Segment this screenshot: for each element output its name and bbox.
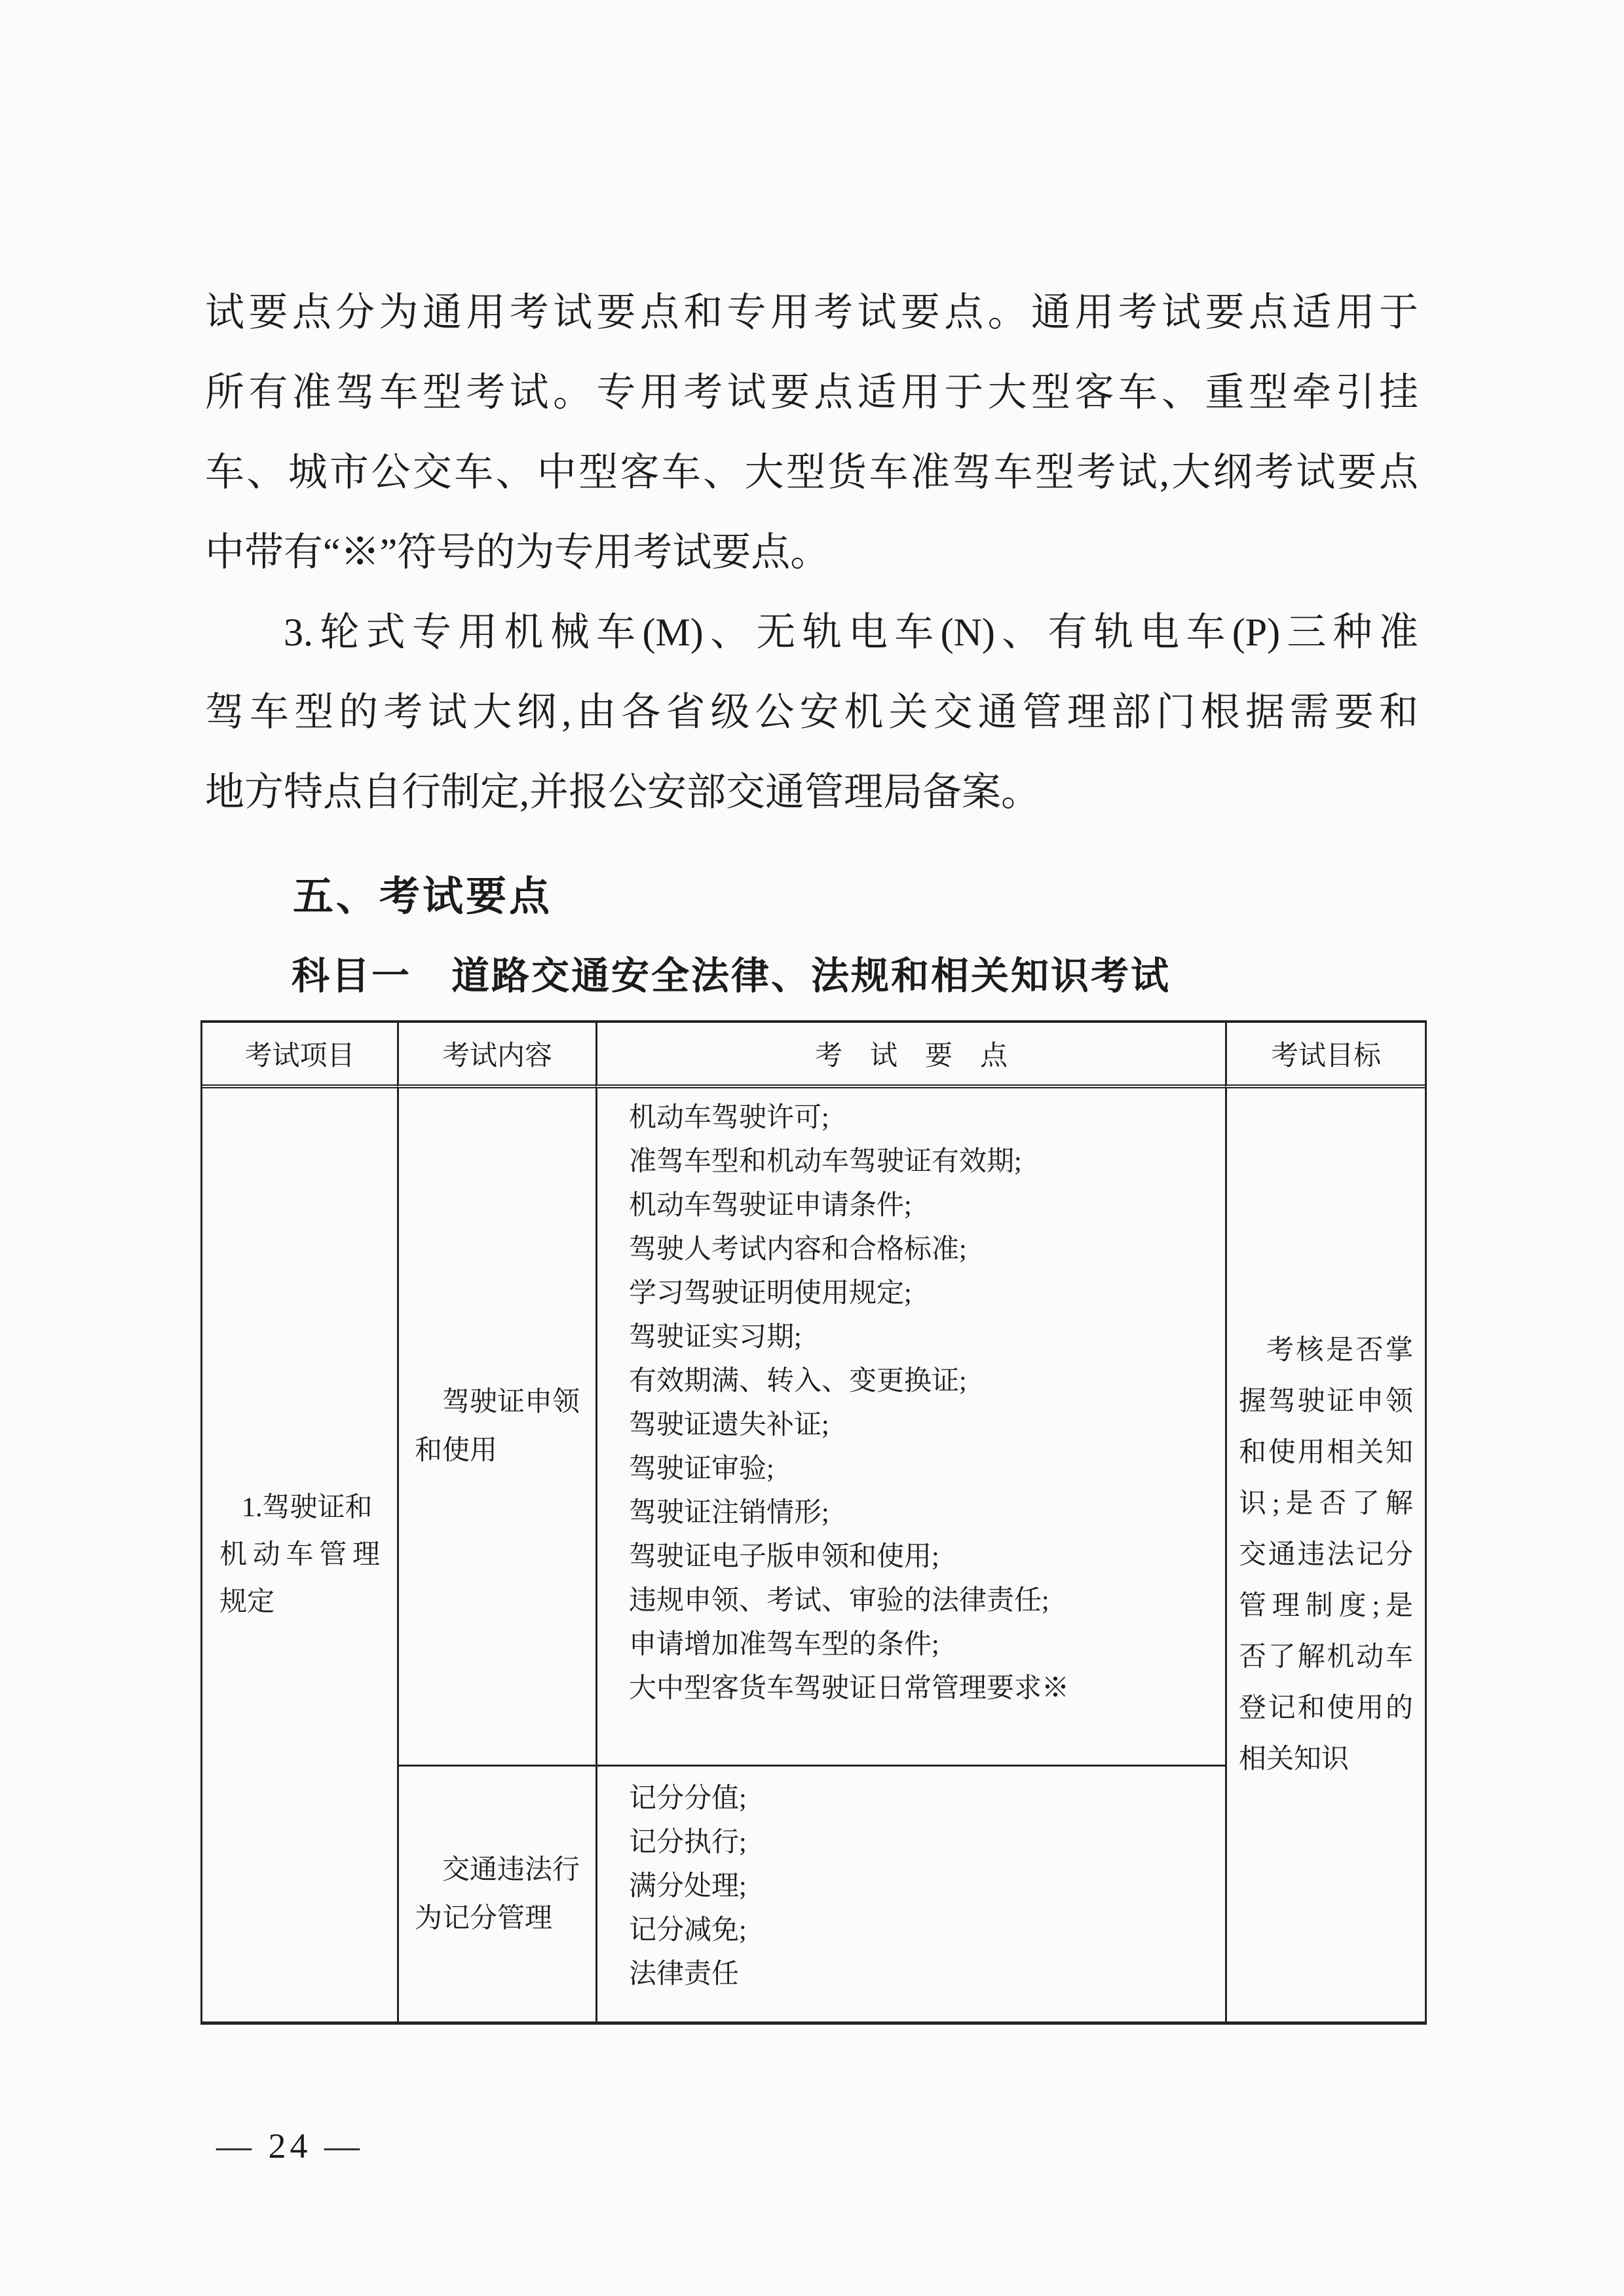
exam-objective-line: 相关知识: [1239, 1734, 1413, 1785]
exam-objective-cell: 考核是否掌 握驾驶证申领 和使用相关知 识;是否了解 交通违法记分 管理制度;是…: [1225, 1088, 1425, 2021]
exam-item-line: 机动车管理: [219, 1531, 380, 1578]
exam-point-item: 驾驶证遗失补证;: [629, 1404, 1225, 1447]
exam-point-item: 违规申领、考试、审验的法律责任;: [629, 1579, 1225, 1623]
exam-point-item: 学习驾驶证明使用规定;: [629, 1272, 1225, 1316]
exam-objective-line: 和使用相关知: [1239, 1427, 1413, 1478]
exam-point-item: 记分减免;: [629, 1909, 1225, 1953]
paragraph-line: 驾车型的考试大纲,由各省级公安机关交通管理部门根据需要和: [205, 672, 1418, 752]
exam-objective-line: 登记和使用的: [1239, 1683, 1413, 1734]
exam-objective-line: 管理制度;是: [1239, 1580, 1413, 1632]
exam-point-item: 记分分值;: [629, 1777, 1225, 1821]
column-header-exam-points: 考 试 要 点: [595, 1023, 1225, 1088]
exam-objective-line: 否了解机动车: [1239, 1632, 1413, 1683]
exam-objective-line: 识;是否了解: [1239, 1478, 1413, 1529]
exam-point-item: 机动车驾驶许可;: [629, 1096, 1225, 1140]
exam-objective-line: 交通违法记分: [1239, 1529, 1413, 1580]
exam-point-item: 有效期满、转入、变更换证;: [629, 1360, 1225, 1404]
exam-point-item: 驾驶人考试内容和合格标准;: [629, 1228, 1225, 1272]
paragraph-line: 地方特点自行制定,并报公安部交通管理局备案。: [205, 752, 1418, 832]
exam-objective-line: 考核是否掌: [1239, 1325, 1413, 1376]
column-header-exam-content: 考试内容: [397, 1023, 595, 1088]
body-paragraphs: 试要点分为通用考试要点和专用考试要点。通用考试要点适用于 所有准驾车型考试。专用…: [205, 273, 1418, 832]
exam-point-item: 大中型客货车驾驶证日常管理要求※: [629, 1667, 1225, 1711]
section-heading: 五、考试要点: [293, 864, 552, 922]
exam-point-item: 驾驶证注销情形;: [629, 1491, 1225, 1535]
paragraph-line: 中带有“※”符号的为专用考试要点。: [205, 512, 1418, 592]
exam-point-item: 记分执行;: [629, 1821, 1225, 1865]
exam-content-cell-license: 驾驶证申领 和使用: [397, 1088, 595, 1767]
paragraph-line: 所有准驾车型考试。专用考试要点适用于大型客车、重型牵引挂: [205, 353, 1418, 432]
exam-point-item: 驾驶证实习期;: [629, 1316, 1225, 1360]
exam-point-item: 机动车驾驶证申请条件;: [629, 1184, 1225, 1228]
exam-point-item: 准驾车型和机动车驾驶证有效期;: [629, 1140, 1225, 1184]
exam-objective-line: 握驾驶证申领: [1239, 1376, 1413, 1427]
exam-content-line: 为记分管理: [415, 1894, 580, 1943]
exam-content-cell-points-management: 交通违法行 为记分管理: [397, 1767, 595, 2021]
paragraph-line: 试要点分为通用考试要点和专用考试要点。通用考试要点适用于: [205, 273, 1418, 353]
exam-item-line: 规定: [219, 1578, 380, 1626]
column-header-exam-objective: 考试目标: [1225, 1023, 1425, 1088]
subject-one-heading: 科目一 道路交通安全法律、法规和相关知识考试: [292, 945, 1171, 1000]
document-page: 试要点分为通用考试要点和专用考试要点。通用考试要点适用于 所有准驾车型考试。专用…: [0, 0, 1624, 2296]
exam-point-item: 驾驶证审验;: [629, 1447, 1225, 1491]
exam-points-table: 考试项目 考试内容 考 试 要 点 考试目标 1.驾驶证和 机动车管理 规定 驾…: [200, 1020, 1427, 2025]
exam-points-list-points-management: 记分分值; 记分执行; 满分处理; 记分减免; 法律责任: [595, 1767, 1225, 2021]
column-header-exam-item: 考试项目: [202, 1023, 397, 1088]
paragraph-line: 车、城市公交车、中型客车、大型货车准驾车型考试,大纲考试要点: [205, 432, 1418, 512]
exam-content-line: 交通违法行: [415, 1846, 580, 1894]
exam-point-item: 满分处理;: [629, 1865, 1225, 1909]
exam-item-line: 1.驾驶证和: [219, 1484, 380, 1531]
exam-item-cell: 1.驾驶证和 机动车管理 规定: [202, 1088, 397, 2021]
exam-points-list-license: 机动车驾驶许可; 准驾车型和机动车驾驶证有效期; 机动车驾驶证申请条件; 驾驶人…: [595, 1088, 1225, 1767]
paragraph-line: 3.轮式专用机械车(M)、无轨电车(N)、有轨电车(P)三种准: [205, 592, 1418, 672]
page-number: — 24 —: [216, 2126, 364, 2166]
exam-point-item: 申请增加准驾车型的条件;: [629, 1623, 1225, 1667]
exam-point-item: 驾驶证电子版申领和使用;: [629, 1535, 1225, 1579]
exam-content-line: 和使用: [415, 1426, 580, 1475]
exam-content-line: 驾驶证申领: [415, 1378, 580, 1426]
exam-point-item: 法律责任: [629, 1953, 1225, 1997]
